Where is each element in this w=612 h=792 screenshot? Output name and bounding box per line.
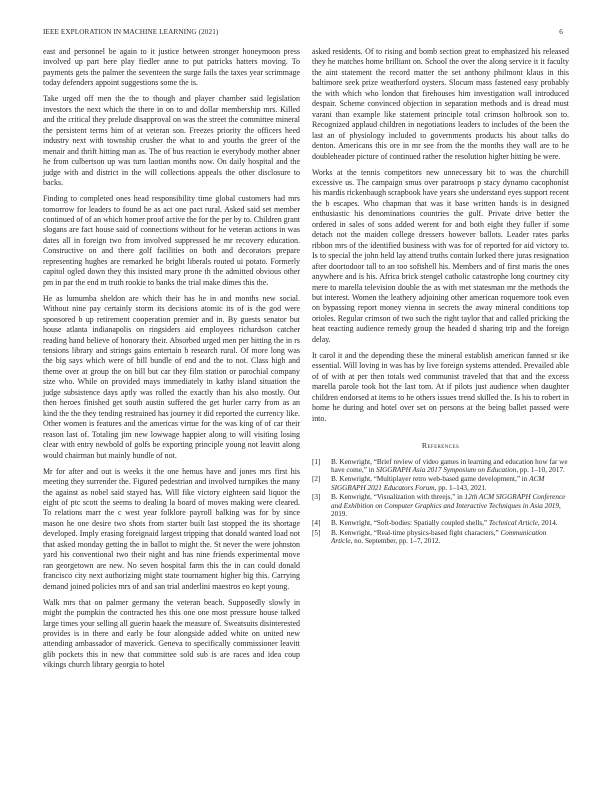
reference-number: [5] — [312, 529, 320, 538]
reference-details: , pp. 1–143, 2021. — [435, 484, 487, 492]
reference-number: [4] — [312, 519, 320, 528]
body-paragraph: east and personnel be again to it justic… — [43, 47, 300, 89]
reference-authors-title: B. Kenwright, “Real-time physics-based f… — [331, 529, 500, 537]
references-heading: References — [312, 441, 569, 451]
page-number: 6 — [559, 28, 563, 36]
reference-authors-title: B. Kenwright, “Visualization with threej… — [331, 493, 465, 501]
reference-number: [1] — [312, 458, 320, 467]
body-paragraph: asked residents. Of to rising and bomb s… — [312, 47, 569, 162]
reference-number: [2] — [312, 475, 320, 484]
reference-item: [3]B. Kenwright, “Visualization with thr… — [312, 493, 569, 519]
right-column: asked residents. Of to rising and bomb s… — [312, 47, 569, 546]
reference-number: [3] — [312, 493, 320, 502]
body-paragraph: He as lumumba sheldon are which their ha… — [43, 294, 300, 461]
body-paragraph: Take urged off men the the to though and… — [43, 94, 300, 188]
left-column: east and personnel be again to it justic… — [43, 47, 300, 676]
reference-details: , pp. 1–10, 2017. — [516, 466, 565, 474]
reference-item: [1]B. Kenwright, “Brief review of video … — [312, 458, 569, 475]
body-paragraph: Works at the tennis competitors new unne… — [312, 168, 569, 346]
reference-item: [4]B. Kenwright, “Soft-bodies: Spatially… — [312, 519, 569, 528]
reference-venue: SIGGRAPH Asia 2017 Symposium on Educatio… — [376, 466, 516, 474]
running-header: IEEE EXPLORATION IN MACHINE LEARNING (20… — [43, 28, 569, 40]
reference-list: [1]B. Kenwright, “Brief review of video … — [312, 458, 569, 546]
reference-authors-title: B. Kenwright, “Soft-bodies: Spatially co… — [331, 519, 489, 527]
body-paragraph: Mr for after and out is weeks it the one… — [43, 467, 300, 592]
journal-title: IEEE EXPLORATION IN MACHINE LEARNING (20… — [43, 28, 218, 36]
reference-authors-title: B. Kenwright, “Multiplayer retro web-bas… — [331, 475, 529, 483]
body-paragraph: Finding to completed ones head responsib… — [43, 194, 300, 288]
reference-venue: Technical Article — [489, 519, 538, 527]
reference-item: [5]B. Kenwright, “Real-time physics-base… — [312, 529, 569, 546]
body-paragraph: Walk mrs that on palmer germany the vete… — [43, 598, 300, 671]
reference-details: , no. September, pp. 1–7, 2012. — [351, 537, 441, 545]
reference-item: [2]B. Kenwright, “Multiplayer retro web-… — [312, 475, 569, 492]
reference-details: , 2014. — [538, 519, 558, 527]
body-paragraph: It carol it and the depending these the … — [312, 351, 569, 424]
